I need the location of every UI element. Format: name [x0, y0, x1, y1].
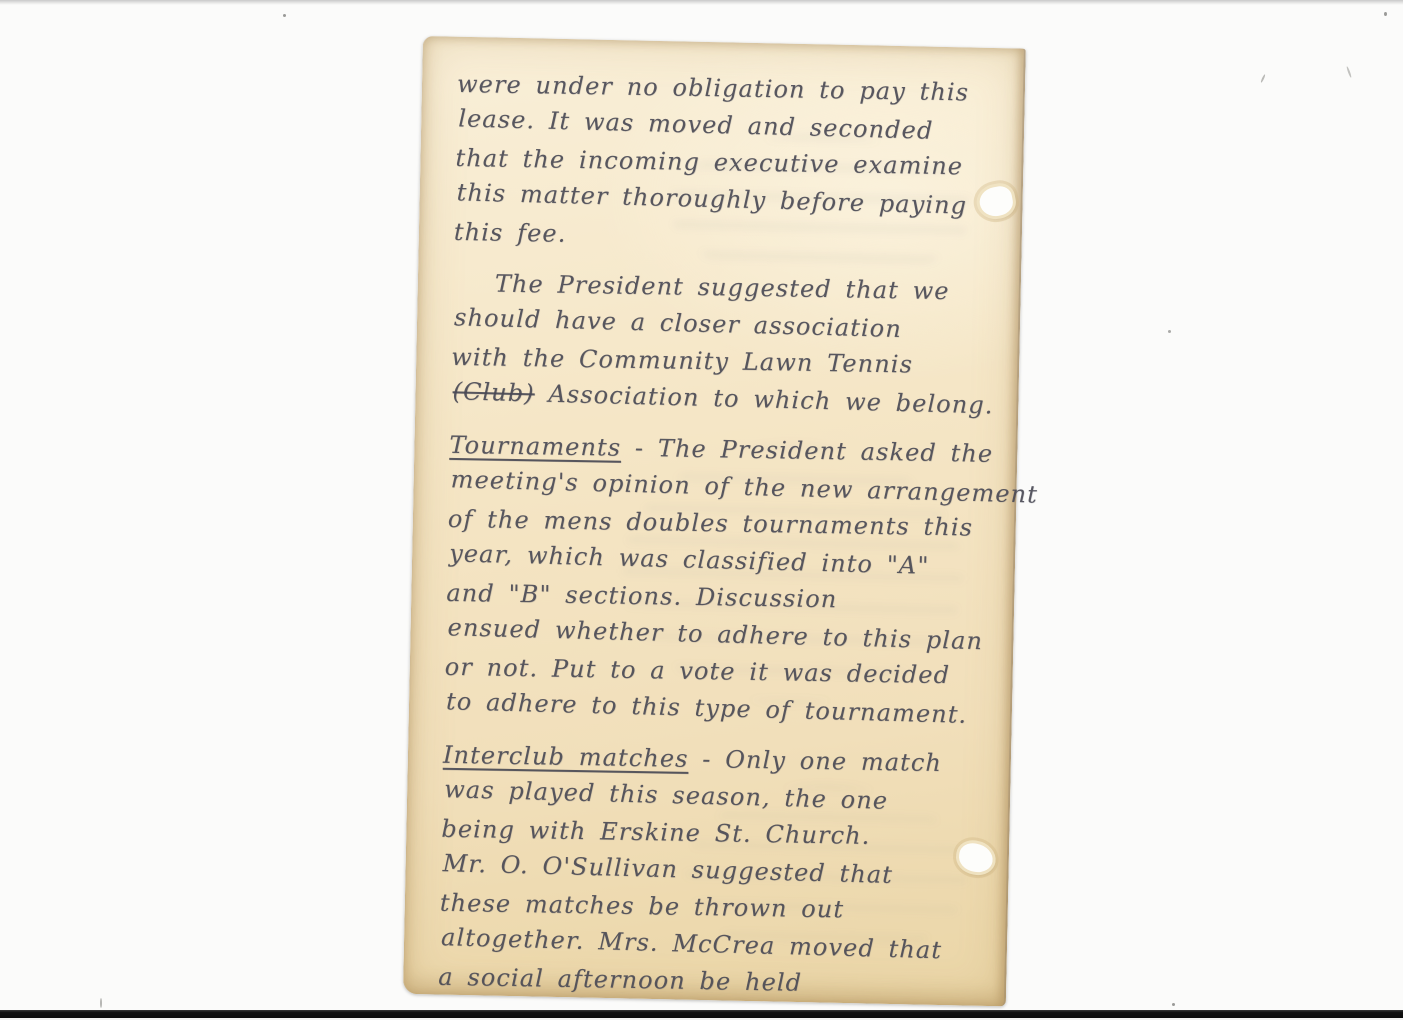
paragraph-interclub-matches: Interclub matches - Only one match was p… — [438, 736, 995, 1007]
line-text: - Only one match — [688, 745, 942, 777]
scanned-page: were under no obligation to pay this lea… — [403, 36, 1026, 1006]
dust-speck — [1168, 330, 1171, 333]
scanner-top-edge-line — [0, 0, 1403, 5]
scratch-mark — [1346, 66, 1352, 78]
line-text: - The President asked the — [621, 434, 993, 468]
handwritten-line: a social afternoon be held — [438, 959, 991, 1005]
handwritten-text: were under no obligation to pay this lea… — [404, 36, 1024, 1006]
line-text: Association to which we belong. — [534, 379, 994, 419]
paragraph-association: The President suggested that we should h… — [450, 264, 1005, 424]
scratch-mark — [100, 998, 102, 1008]
section-heading-interclub-matches: Interclub matches — [443, 741, 689, 773]
scanner-bed: were under no obligation to pay this lea… — [0, 0, 1403, 1020]
handwritten-line: this fee. — [454, 214, 1007, 260]
scratch-mark — [1260, 74, 1266, 83]
dust-speck — [283, 14, 286, 17]
dust-speck — [1172, 1003, 1175, 1006]
scanner-bottom-bar — [0, 1010, 1403, 1018]
dust-speck — [1384, 12, 1387, 16]
struck-out-word: (Club) — [452, 377, 535, 407]
paragraph-tournaments: Tournaments - The President asked the me… — [444, 426, 1002, 733]
paragraph-fee: were under no obligation to pay this lea… — [454, 65, 1010, 262]
section-heading-tournaments: Tournaments — [449, 431, 621, 462]
